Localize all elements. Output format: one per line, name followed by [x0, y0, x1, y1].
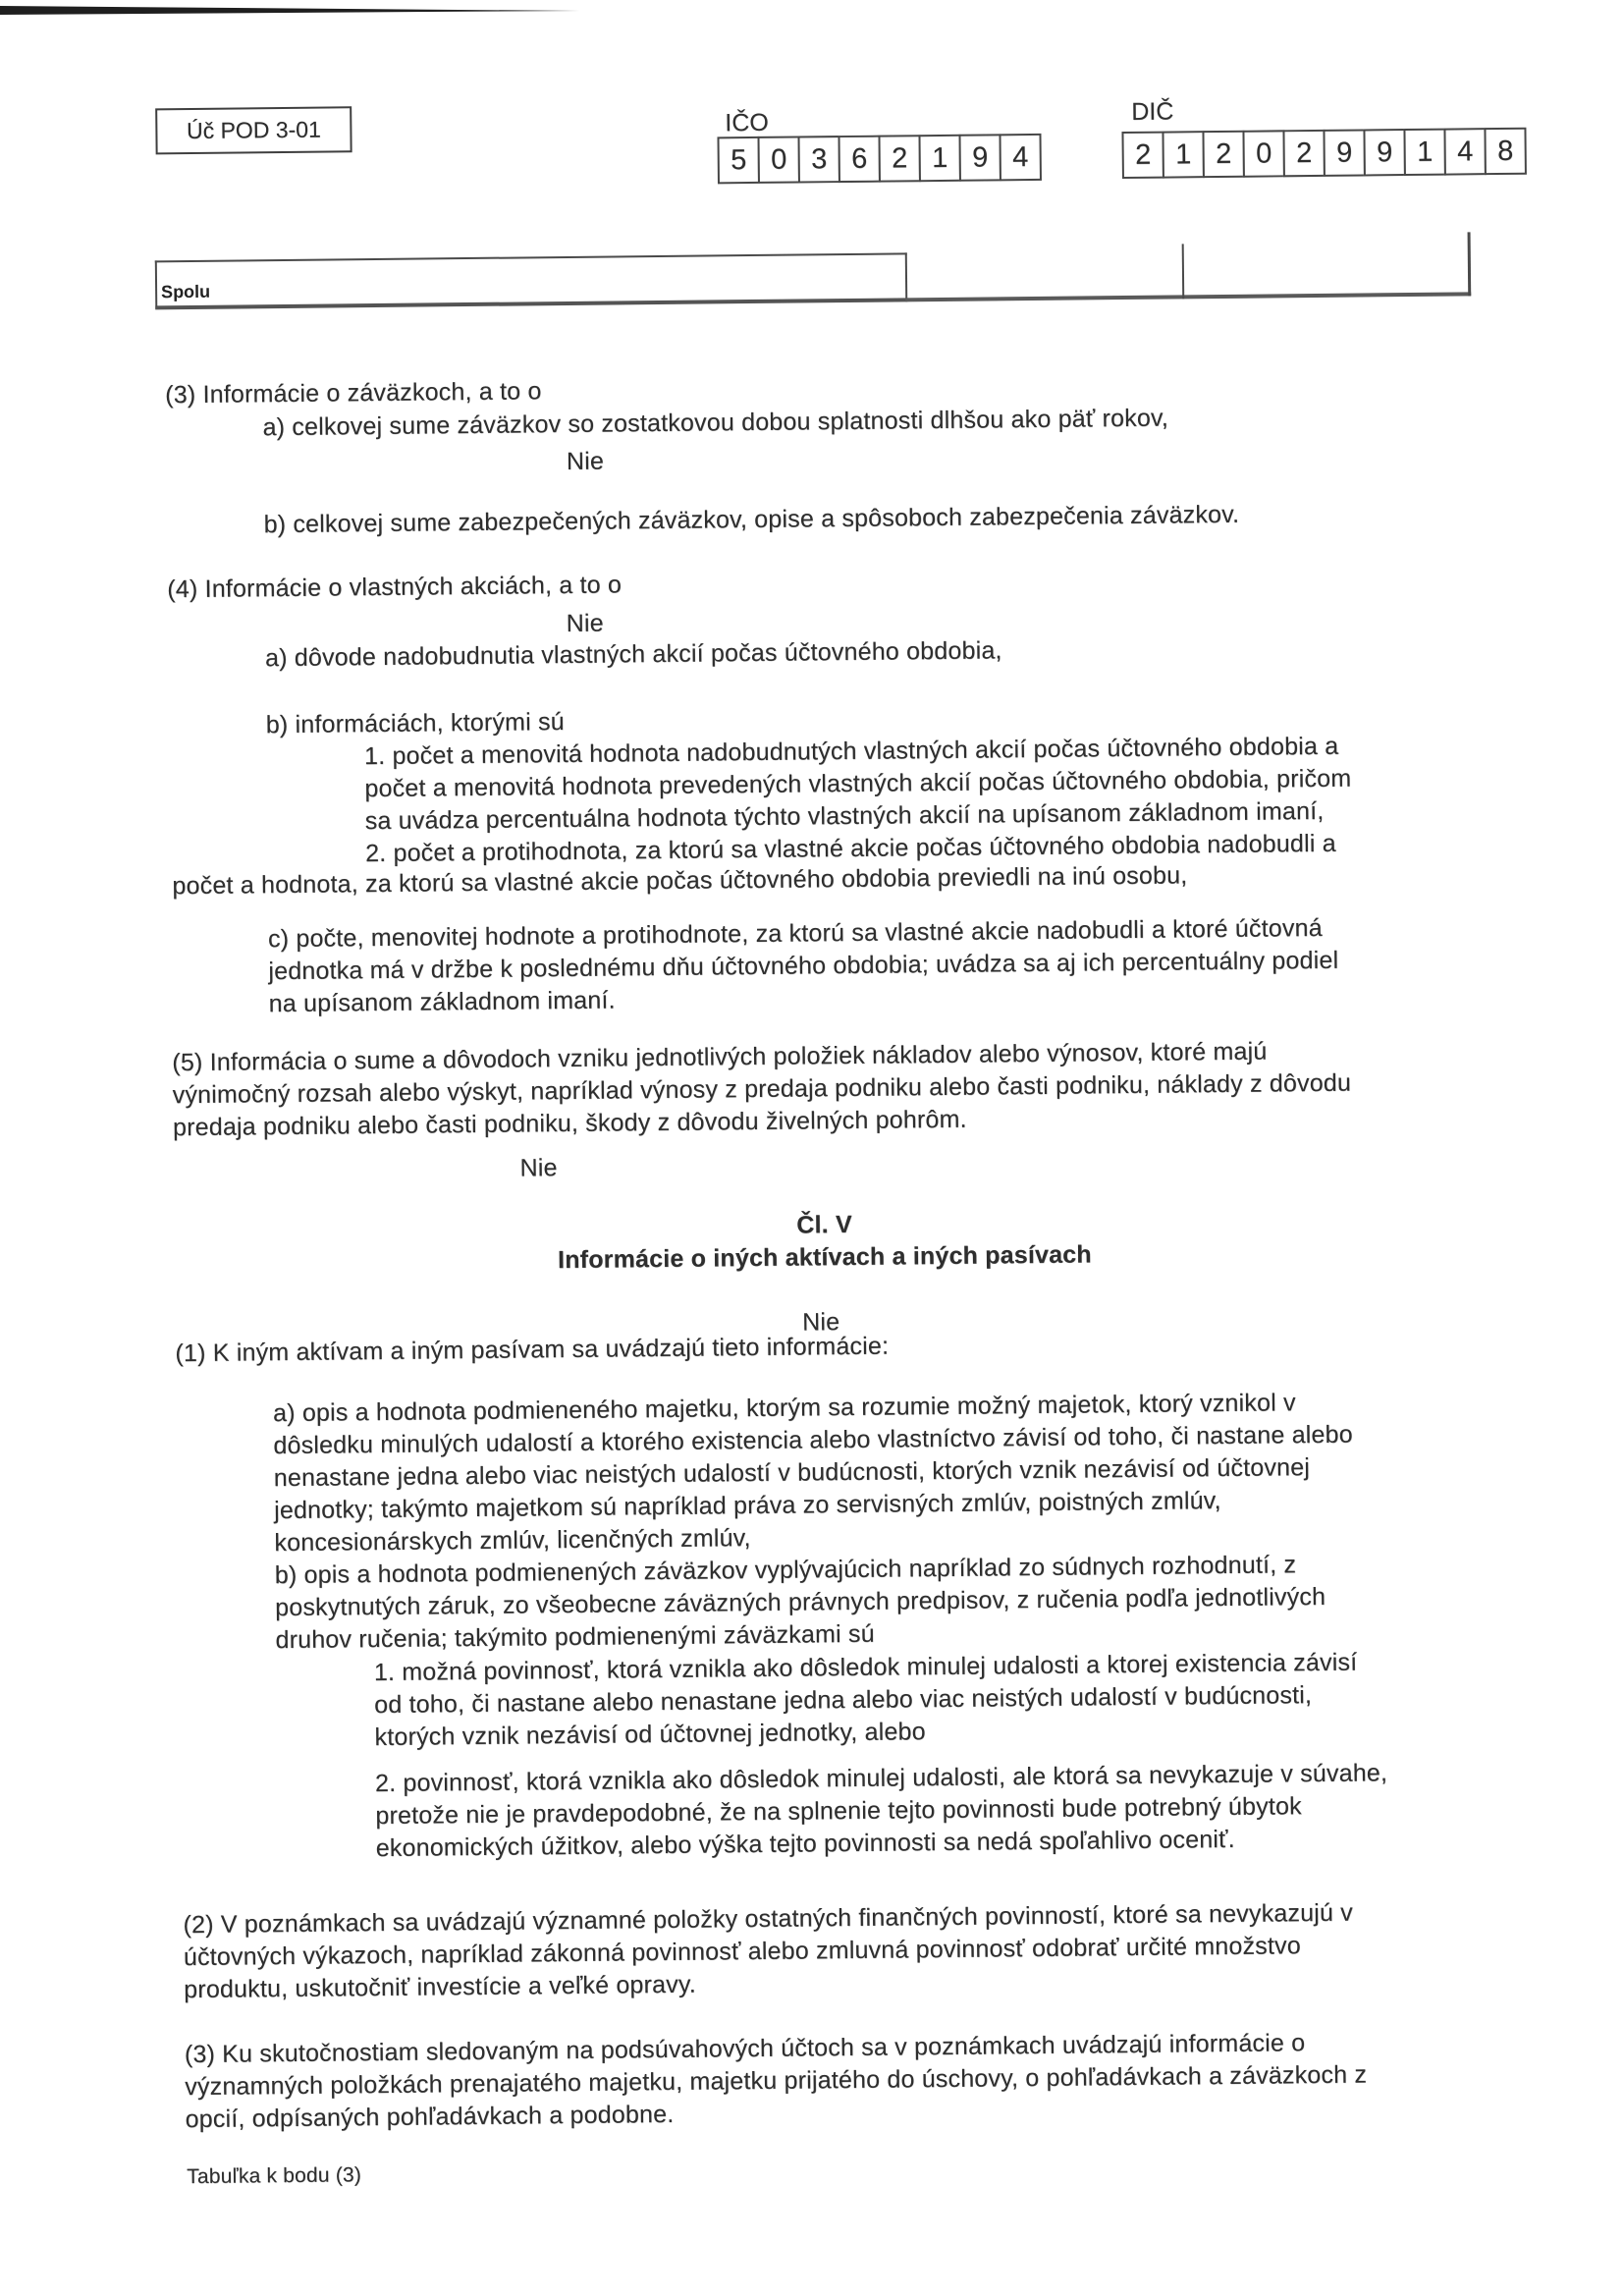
text-line: ktorých vznik nezávisí od účtovnej jedno…	[374, 1716, 926, 1754]
text-line: a) dôvode nadobudnutia vlastných akcií p…	[265, 634, 1002, 675]
text-line: Nie	[567, 446, 604, 478]
text-line: (4) Informácie o vlastných akciách, a to…	[167, 569, 622, 606]
form-code-label: Úč POD 3-01	[187, 117, 321, 144]
text-line: koncesionárskych zmlúv, licenčných zmlúv…	[274, 1522, 751, 1559]
text-line: počet a hodnota, za ktorú sa vlastné akc…	[172, 859, 1187, 902]
text-line: produktu, uskutočniť investície a veľké …	[184, 1969, 696, 2006]
scanned-document-page: Úč POD 3-01 IČO 5 0 3 6 2 1 9 4 DIČ 2 1 …	[0, 0, 1623, 2296]
dic-digit-cell: 2	[1282, 130, 1325, 177]
text-line: druhov ručenia; takýmito podmienenými zá…	[275, 1618, 875, 1657]
ico-digit-cell: 5	[717, 137, 760, 184]
dic-digit-cell: 0	[1242, 130, 1285, 177]
ico-digit-cell: 1	[918, 135, 961, 182]
text-line: predaja podniku alebo časti podniku, ško…	[173, 1104, 967, 1144]
ico-digit-cell: 4	[999, 134, 1042, 181]
dic-digit-cell: 2	[1121, 132, 1164, 179]
text-line: opcií, odpísaných pohľadávkach a podobne…	[185, 2099, 674, 2136]
form-code-box: Úč POD 3-01	[155, 106, 352, 154]
text-line: (3) Informácie o záväzkoch, a to o	[165, 375, 542, 411]
ico-digit-boxes: 5 0 3 6 2 1 9 4	[717, 134, 1041, 184]
table-right-border	[1468, 232, 1472, 296]
text-line: b) celkovej sume zabezpečených záväzkov,…	[263, 499, 1239, 541]
table-column-divider	[1182, 244, 1185, 299]
dic-digit-cell: 8	[1484, 128, 1527, 175]
ico-digit-cell: 0	[757, 136, 800, 183]
spolu-row-cell: Spolu	[155, 252, 907, 309]
ico-label: IČO	[725, 109, 769, 137]
text-line: (1) K iným aktívam a iným pasívam sa uvá…	[175, 1331, 889, 1371]
dic-digit-cell: 2	[1202, 131, 1245, 178]
text-line: b) informáciách, ktorými sú	[266, 706, 565, 741]
dic-digit-cell: 1	[1403, 129, 1446, 176]
dic-digit-cell: 9	[1363, 129, 1406, 176]
dic-digit-cell: 1	[1162, 131, 1205, 178]
dic-digit-boxes: 2 1 2 0 2 9 9 1 4 8	[1121, 128, 1526, 179]
dic-digit-cell: 4	[1443, 128, 1487, 175]
dic-label: DIČ	[1131, 97, 1173, 126]
ico-digit-cell: 9	[958, 134, 1001, 181]
ico-digit-cell: 6	[838, 136, 881, 183]
ico-digit-cell: 2	[878, 135, 921, 182]
text-line: Nie	[567, 608, 604, 640]
spolu-row-label: Spolu	[161, 282, 210, 303]
ico-digit-cell: 3	[797, 136, 840, 183]
dic-digit-cell: 9	[1323, 129, 1366, 176]
table-bottom-border	[905, 292, 1471, 301]
text-line: Nie	[519, 1152, 557, 1184]
document-sheet: Úč POD 3-01 IČO 5 0 3 6 2 1 9 4 DIČ 2 1 …	[0, 0, 1623, 2296]
text-line: na upísanom základnom imaní.	[269, 984, 616, 1020]
table-reference-note: Tabuľka k bodu (3)	[187, 2159, 361, 2193]
